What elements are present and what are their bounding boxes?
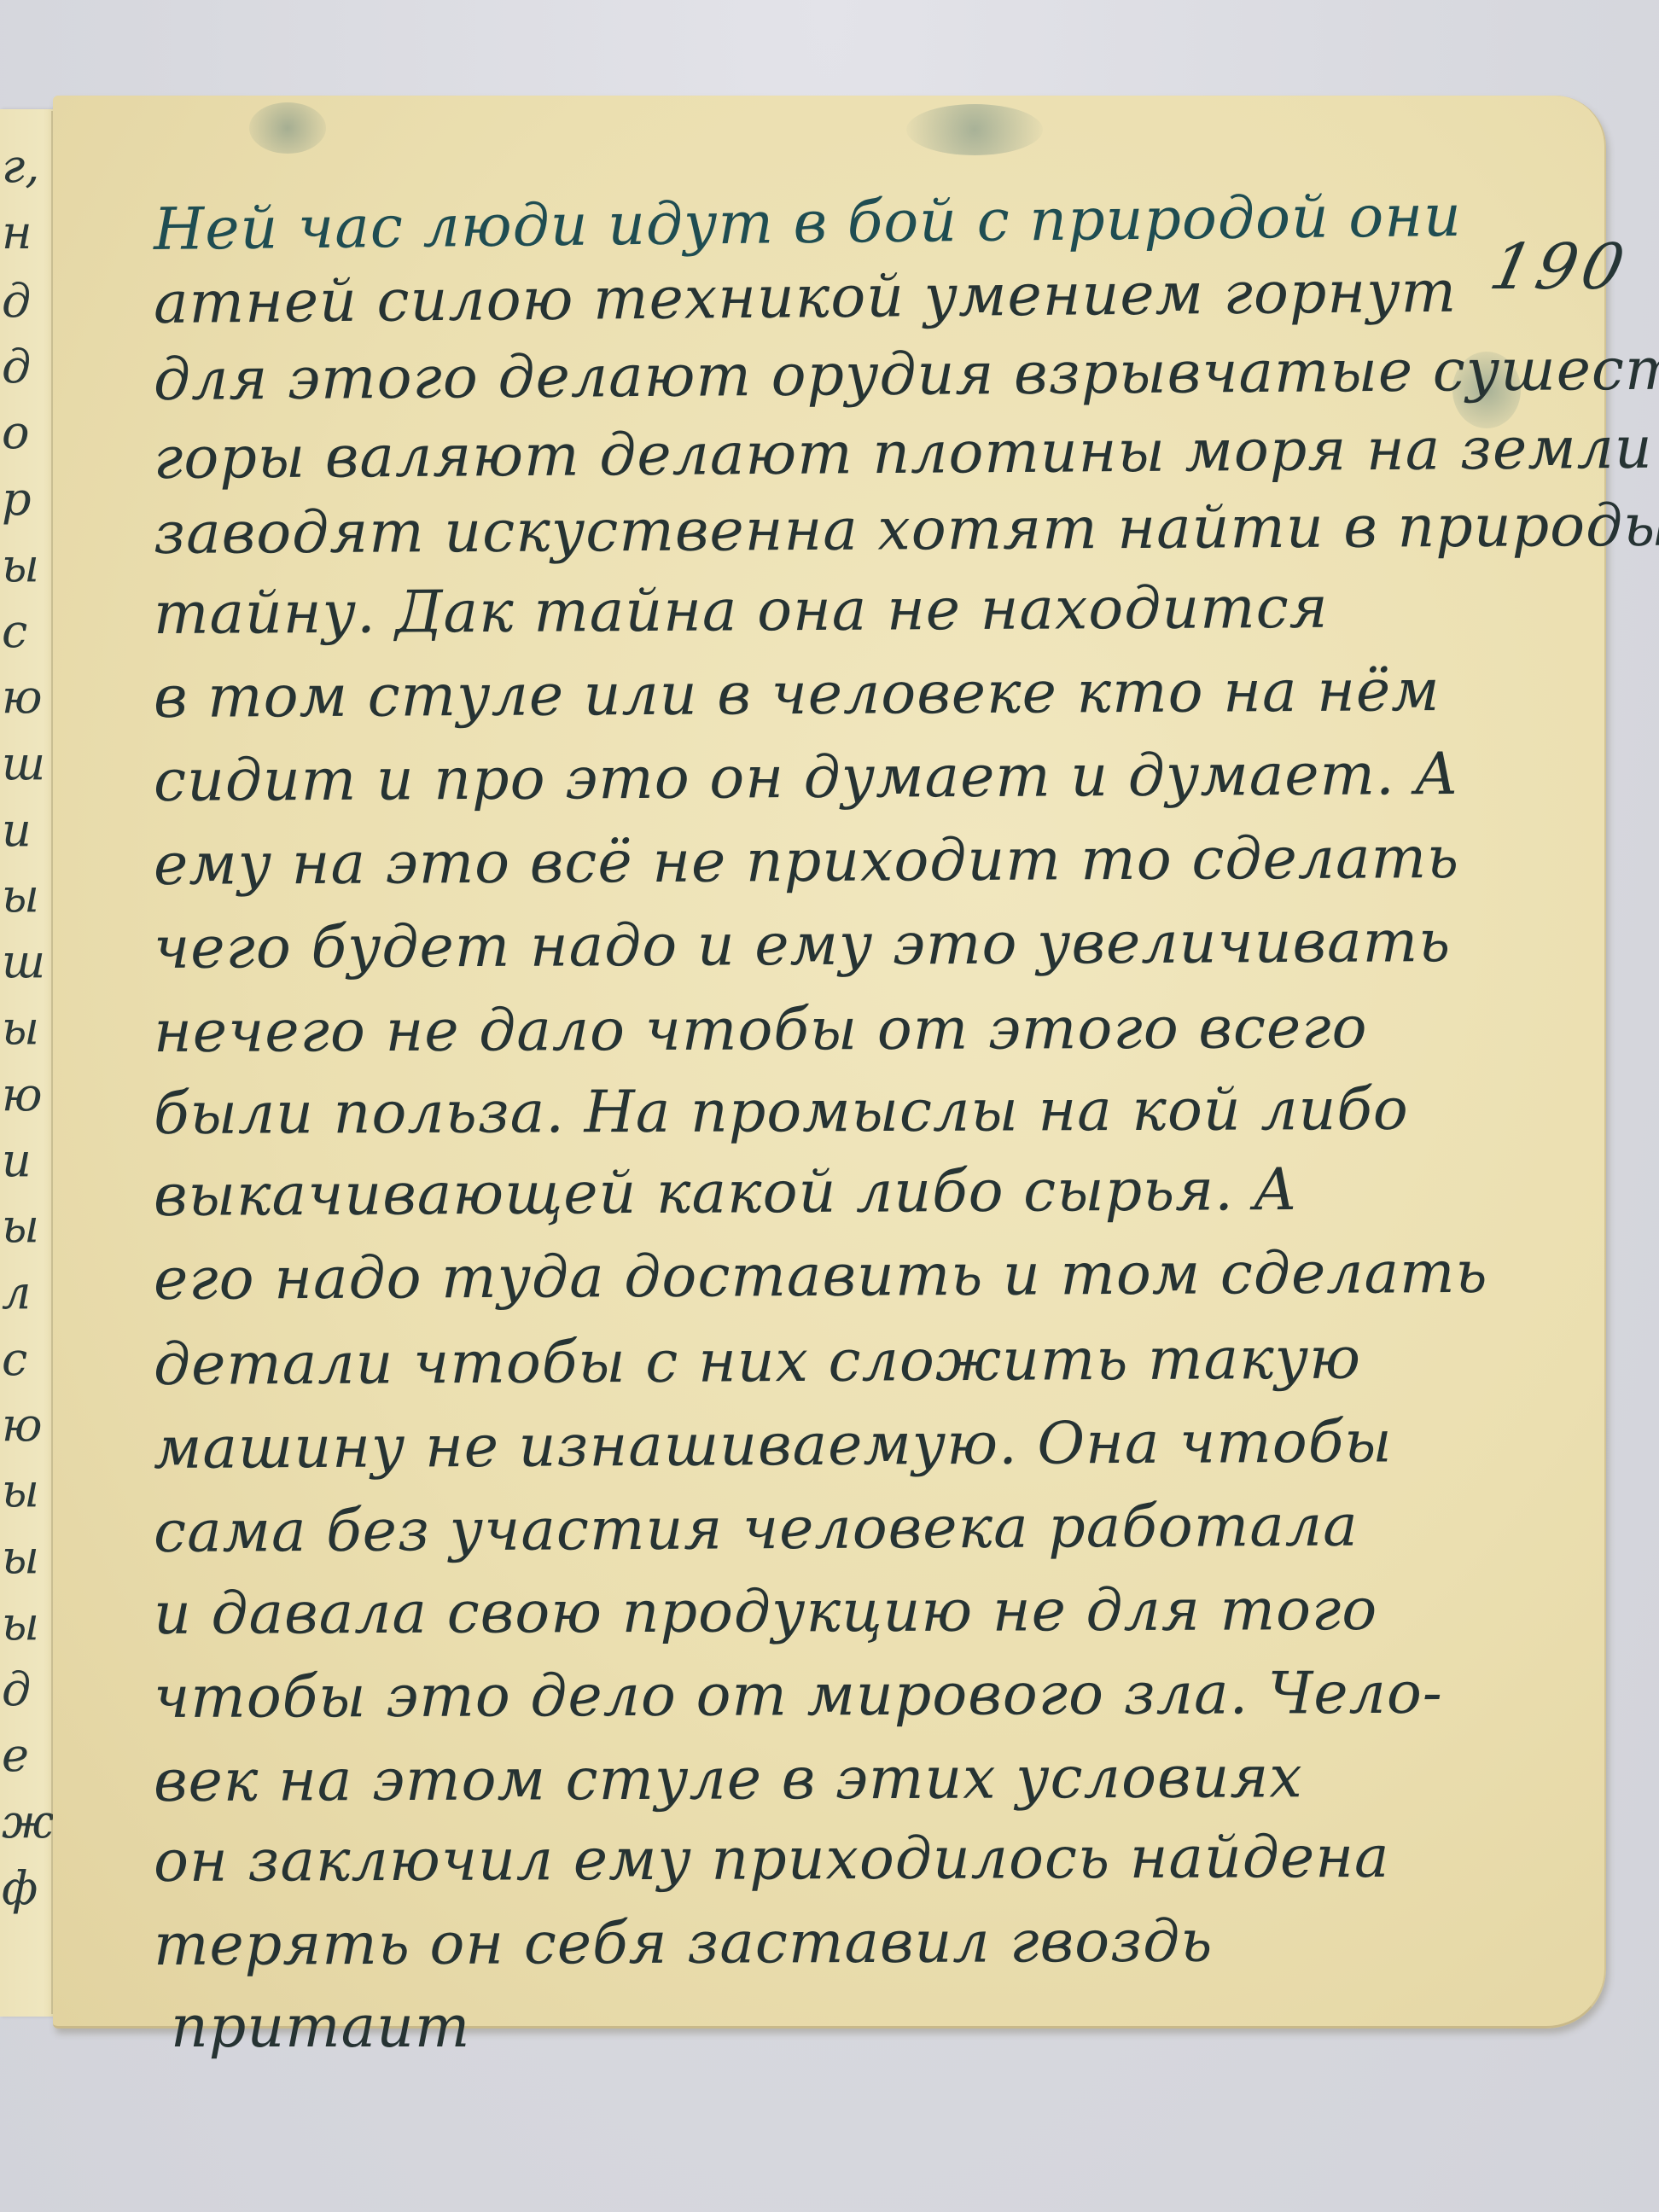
facing-fragment: ю <box>2 1402 43 1448</box>
text-line: атней силою техникой умением горнут <box>154 259 1458 337</box>
facing-fragment: ы <box>2 1601 39 1647</box>
facing-fragment: ж <box>2 1799 54 1845</box>
text-line: чего будет надо и ему это увеличивать <box>154 908 1452 982</box>
facing-fragment: ю <box>2 1072 43 1118</box>
ink-smudge <box>249 102 326 154</box>
text-line: он заключил ему приходилось найдена <box>154 1824 1390 1895</box>
facing-fragment: ю <box>2 674 43 720</box>
notebook-page: 190 Ней час люди идут в бой с природой о… <box>53 96 1606 2029</box>
text-line: и давала свою продукцию не для того <box>154 1576 1378 1648</box>
facing-fragment: ы <box>2 543 39 589</box>
facing-fragment: н <box>2 210 32 256</box>
text-line: для этого делают орудия взрывчатые сушес… <box>154 335 1659 414</box>
text-line: тайну. Дак тайна она не находится <box>154 574 1329 648</box>
text-line: были польза. На промыслы на кой либо <box>154 1076 1409 1148</box>
facing-fragment: р <box>2 476 32 522</box>
facing-fragment: л <box>2 1270 31 1316</box>
facing-fragment: с <box>2 608 27 655</box>
text-line: в том стуле или в человеке кто на нём <box>154 657 1441 731</box>
facing-fragment: д <box>2 278 31 324</box>
facing-fragment: д <box>2 1667 31 1713</box>
facing-fragment: с <box>2 1336 27 1382</box>
facing-fragment: д <box>2 344 31 390</box>
ink-smudge <box>906 104 1043 155</box>
text-line: его надо туда доставить и том сделать <box>154 1239 1488 1313</box>
text-line: чтобы это дело от мирового зла. Чело- <box>154 1660 1443 1732</box>
facing-fragment: ы <box>2 1468 39 1514</box>
facing-fragment: ы <box>2 1005 39 1051</box>
facing-fragment: о <box>2 410 30 456</box>
facing-fragment: ы <box>2 873 39 919</box>
text-line: сидит и про это он думает и думает. А <box>154 741 1459 815</box>
page-number: 190 <box>1484 230 1636 304</box>
facing-fragment: и <box>2 1138 32 1184</box>
facing-fragment: и <box>2 807 32 853</box>
text-line: Ней час люди идут в бой с природой они <box>154 183 1463 264</box>
text-line: детали чтобы с них сложить такую <box>154 1325 1361 1399</box>
text-line: горы валяют делают плотины моря на земли <box>154 415 1653 492</box>
text-line: выкачивающей какой либо сырья. А <box>154 1156 1298 1230</box>
text-line: притаит <box>171 1994 470 2061</box>
text-line: нечего не дало чтобы от этого всего <box>154 994 1368 1066</box>
facing-fragment: г, <box>2 143 39 189</box>
facing-fragment: е <box>2 1732 29 1778</box>
facing-fragment: ш <box>2 939 45 985</box>
facing-fragment: ы <box>2 1203 39 1249</box>
facing-fragment: ы <box>2 1534 39 1580</box>
text-line: терять он себя заставил гвоздь <box>154 1908 1214 1979</box>
text-line: сама без участия человека работала <box>154 1493 1359 1566</box>
facing-fragment: ш <box>2 741 45 787</box>
facing-fragment: ф <box>2 1866 38 1912</box>
text-line: заводят искуственна хотят найти в природ… <box>154 492 1659 568</box>
text-line: машину не изнашиваемую. Она чтобы <box>154 1408 1393 1482</box>
text-line: век на этом стуле в этих условиях <box>154 1743 1303 1815</box>
text-line: ему на это всё не приходит то сделать <box>154 824 1460 899</box>
